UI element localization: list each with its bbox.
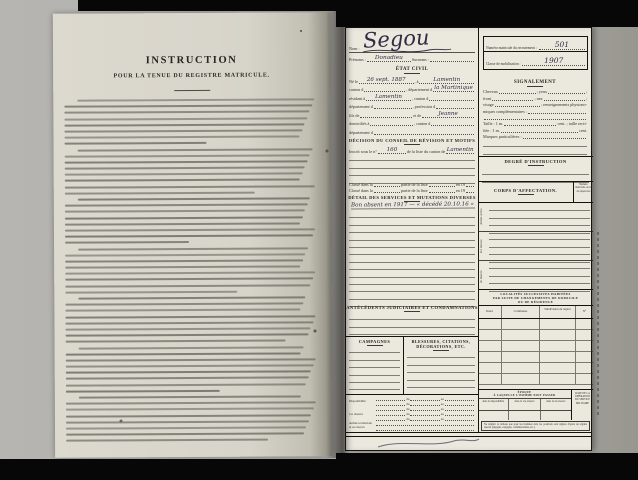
sig-line: front; nez;	[483, 94, 587, 100]
du-au-line: duau	[375, 411, 475, 416]
profession-label: , profession d	[413, 104, 436, 109]
epoque-note: Ne remplir ce tableau que pour les homme…	[481, 421, 590, 431]
ruled-blank-line	[489, 211, 590, 218]
ruled-blank-line	[489, 262, 590, 269]
campagnes-title: CAMPAGNES	[349, 339, 400, 346]
instruction-body-text	[64, 98, 319, 445]
fils-de-label: fils de	[349, 113, 359, 118]
ruled-blank-line	[349, 346, 400, 353]
instruction-text-line	[66, 371, 311, 374]
instruction-text-line	[65, 191, 255, 194]
partie-lines: Classé dans la partie de la liste en 19 …	[349, 181, 475, 193]
instruction-text-line	[64, 117, 307, 120]
instruction-text-line	[65, 160, 308, 163]
ruled-blank-line	[349, 241, 475, 248]
antecedents-blank-lines	[349, 313, 475, 335]
instruction-text-line	[65, 204, 308, 207]
instruction-text-line	[78, 346, 303, 349]
ne-le-label: Né le	[349, 79, 358, 84]
field-line: résidant à Lamentin , canton d	[349, 92, 475, 101]
ruled-blank-line	[349, 320, 475, 327]
sig-line: Cheveux; yeux;	[483, 88, 587, 94]
instruction-text-line	[66, 377, 309, 380]
instruction-text-line	[65, 291, 237, 294]
instruction-text-line	[78, 395, 301, 398]
corps-row-reserve2: 2e réserve	[478, 261, 593, 292]
instruction-text-line	[66, 358, 316, 361]
instruction-text-line	[65, 173, 303, 176]
etat-civil-fields: Né le 26 sept. 1887 , à Lamentin canton …	[349, 75, 475, 135]
ruled-blank-line	[489, 233, 590, 240]
matricule-box: Numéro matricule du recrutement : 501 Cl…	[483, 36, 588, 70]
empty-table-row	[478, 352, 593, 363]
ruled-blank-line	[483, 147, 587, 154]
corps-row-lines	[486, 261, 593, 292]
corps-side-note: Numéro matricule ou n° du répertoire	[573, 182, 593, 202]
territoriale-label: Armée territoriale et sa réserve	[349, 422, 375, 430]
instruction-text-line	[65, 142, 207, 145]
ruled-blank-line	[349, 292, 475, 299]
sig-line: Marques particulières :	[483, 133, 587, 139]
instruction-text-line	[66, 420, 309, 423]
instruction-text-line	[65, 284, 310, 287]
classe-dans-label: Classé dans la	[349, 188, 373, 193]
matricule-row: Numéro matricule du recrutement : 501	[484, 37, 587, 52]
campagnes-blessures-row: CAMPAGNES BLESSURES, CITATIONS, DÉCORATI…	[346, 336, 478, 395]
ruled-blank-line	[407, 381, 475, 388]
ruled-blank-line	[489, 269, 590, 276]
classe-value-handwritten: 1907	[522, 56, 585, 66]
ruled-blank-line	[407, 373, 475, 380]
page-edge-imprint	[597, 232, 599, 417]
field-line: canton d , département d la Martinique	[349, 84, 475, 93]
instruction-text-line	[66, 439, 268, 442]
ruled-blank-line	[489, 219, 590, 226]
degre-title: DEGRÉ D'INSTRUCTION	[478, 159, 593, 166]
ruled-blank-line	[349, 226, 475, 233]
blessures-title: BLESSURES, CITATIONS, DÉCORATIONS, ETC.	[407, 339, 475, 351]
ruled-blank-line	[483, 140, 587, 147]
partie-line: Classé dans la partie de la liste en 19	[349, 181, 475, 187]
instruction-title: INSTRUCTION	[53, 54, 330, 66]
instruction-text-line	[65, 210, 305, 213]
field-line: fils de et de Jeanne	[349, 109, 475, 118]
inscrit-line: Inscrit sous le n° 160 de la liste du ca…	[349, 145, 475, 154]
instruction-text-line	[65, 166, 305, 169]
ruled-blank-line	[349, 376, 400, 383]
instruction-text-line	[79, 445, 317, 446]
profession-blank	[436, 108, 474, 109]
en-19-label: en 19	[456, 188, 465, 193]
instruction-text-line	[65, 241, 189, 244]
du-au-line: duau	[375, 396, 475, 401]
instruction-text-line	[66, 334, 309, 337]
blessures-box: BLESSURES, CITATIONS, DÉCORATIONS, ETC.	[404, 337, 478, 395]
instruction-text-line	[64, 136, 299, 139]
empty-table-row	[478, 363, 593, 374]
liste-blank	[429, 192, 455, 193]
instruction-text-line	[65, 321, 313, 324]
departement2-label: département d	[349, 104, 373, 109]
surnoms-blank	[430, 61, 474, 62]
canton3-blank	[431, 125, 474, 126]
instruction-text-line	[66, 352, 301, 355]
ruled-blank-line	[349, 248, 475, 255]
ruled-blank-line	[349, 383, 400, 390]
epoque-col2: dans la 1re réserve	[509, 399, 540, 410]
instruction-text-line	[77, 148, 312, 151]
instruction-text-line	[77, 98, 315, 101]
instruction-text-line	[66, 408, 314, 411]
blank-line	[375, 421, 475, 426]
ruled-blank-line	[407, 351, 475, 358]
epoque-empty-row	[478, 411, 571, 420]
passage-table: Disponibilité duau duau 1re réserve duau…	[346, 394, 478, 432]
corps-title: CORPS D'AFFECTATION.	[478, 182, 573, 202]
signalement-fields: Cheveux; yeux; front; nez; visage; rense…	[483, 88, 587, 139]
instruction-text-line	[66, 426, 306, 429]
canton3-label: , canton d	[414, 121, 430, 126]
ruled-blank-line	[349, 255, 475, 262]
corps-row-reserve1: 1re réserve	[478, 232, 593, 261]
instruction-text-line	[65, 327, 310, 330]
canton2-blank	[429, 100, 474, 101]
instruction-text-line	[65, 309, 300, 312]
corps-row-lines	[486, 203, 593, 231]
ruled-blank-line	[349, 154, 475, 161]
col-subdivision: Subdivision de région	[540, 306, 576, 318]
blessures-blank-lines	[407, 351, 475, 388]
instruction-text-line	[66, 414, 311, 417]
ruled-blank-line	[349, 368, 400, 375]
annee-blank	[466, 192, 474, 193]
corps-row-label: Armée active	[478, 203, 486, 231]
annee-blank	[466, 186, 474, 187]
ruled-blank-line	[349, 218, 475, 225]
matricule-value-handwritten: 501	[539, 40, 585, 50]
field-line: domiciliés à , canton d	[349, 118, 475, 127]
instruction-text-line	[66, 390, 220, 393]
classe-row: Classe de mobilisation : 1907	[484, 52, 587, 67]
ruled-blank-line	[349, 270, 475, 277]
father-blank	[360, 117, 412, 118]
corps-row-label: 1re réserve	[478, 232, 486, 260]
corps-row-armee-active: Armée active	[478, 203, 593, 232]
ruled-blank-line	[349, 211, 475, 218]
decision-blank-lines	[349, 154, 475, 184]
campagnes-box: CAMPAGNES	[346, 337, 404, 395]
nom-label: Nom :	[349, 46, 360, 51]
ruled-blank-line	[349, 313, 475, 320]
partie-blank	[374, 186, 400, 187]
empty-table-row	[478, 330, 593, 341]
sig-line: visage; renseignements physiono-	[483, 101, 587, 107]
instruction-text-line	[65, 216, 303, 219]
localites-colheader: Dates Communes Subdivision de région N°	[478, 305, 593, 319]
localites-table: LOCALITÉS SUCCESSIVES HABITÉES PAR SUITE…	[478, 290, 593, 390]
instruction-text-line	[65, 154, 310, 157]
en-19-label: en 19	[456, 182, 465, 187]
departement2-blank	[374, 108, 412, 109]
partie-line: Classé dans la partie de la liste en 19	[349, 187, 475, 193]
partie-blank	[374, 192, 400, 193]
departement-label: , département d	[406, 87, 432, 92]
instruction-text-line	[78, 247, 308, 250]
classe-label: Classe de mobilisation :	[486, 62, 520, 66]
et-de-label: et de	[413, 113, 421, 118]
ruled-blank-line	[349, 361, 400, 368]
partie-liste-label: partie de la liste	[401, 182, 428, 187]
residence-handwritten: Lamentin	[366, 94, 411, 101]
matricule-label: Numéro matricule du recrutement :	[486, 46, 537, 50]
domicilies-label: domiciliés à	[349, 121, 369, 126]
a-label: , à	[415, 79, 419, 84]
sig-line: fiée : 1 m.cent.	[483, 126, 587, 132]
instruction-text-line	[64, 129, 302, 132]
instruction-text-line	[65, 234, 313, 237]
departement-handwritten: la Martinique	[433, 85, 474, 92]
instruction-text-line	[66, 383, 306, 386]
epoque-table: ÉPOQUE À LAQUELLE L'HOMME DOIT PASSER da…	[478, 390, 593, 420]
ruled-blank-line	[349, 263, 475, 270]
sig-line: Taille : 1 m.cent. ; taille recti-	[483, 120, 587, 126]
epoque-date-liberation: DATE DE LA LIBÉRATION DU SERVICE MILITAI…	[571, 390, 593, 420]
services-blank-lines	[349, 211, 475, 307]
domicile-blank	[370, 125, 413, 126]
title-divider	[174, 90, 210, 91]
ruled-blank-line	[349, 233, 475, 240]
liste-canton-handwritten: Lamentin	[446, 147, 474, 154]
sig-line	[483, 114, 587, 120]
empty-table-row	[478, 374, 593, 385]
signalement-blank-lines	[483, 140, 587, 155]
prenoms-label: Prénoms :	[349, 57, 366, 62]
signalement-title: SIGNALEMENT	[479, 80, 591, 87]
instruction-text-line	[66, 433, 304, 436]
ruled-blank-line	[349, 328, 475, 335]
ruled-blank-line	[349, 285, 475, 292]
prenoms-value-handwritten: Donadieu	[367, 55, 411, 62]
sig-line: miques complémentaires :	[483, 107, 587, 113]
instruction-text-line	[66, 364, 314, 367]
epoque-title: ÉPOQUE À LAQUELLE L'HOMME DOIT PASSER	[478, 390, 571, 398]
instruction-text-line	[65, 222, 300, 225]
liste-blank	[429, 186, 455, 187]
matricule-form-page: Nom : Segou Prénoms : Donadieu Surnoms :…	[345, 27, 592, 451]
canton-blank	[364, 91, 405, 92]
liste-label: de la liste du canton de	[407, 149, 446, 154]
scan-bar-bottom-right	[336, 453, 638, 480]
inscrit-numero-handwritten: 160	[378, 147, 406, 154]
field-line: département d	[349, 126, 475, 135]
instruction-text-line	[65, 185, 315, 188]
etat-civil-title: ÉTAT CIVIL	[346, 67, 478, 74]
passage-row-territoriale: Armée territoriale et sa réserve	[349, 421, 475, 431]
instruction-text-line	[65, 265, 300, 268]
decision-title: DÉCISION DU CONSEIL DE RÉVISION ET MOTIF…	[346, 138, 478, 145]
scan-specks	[300, 30, 302, 32]
classe-dans-label: Classé dans la	[349, 182, 373, 187]
instruction-text-line	[66, 402, 316, 405]
instruction-text-line	[66, 340, 286, 343]
margin-flourish-handwriting	[376, 436, 481, 450]
degre-blank-lines	[482, 168, 589, 183]
residant-label: résidant à	[349, 96, 365, 101]
ruled-blank-line	[349, 161, 475, 168]
empty-table-row	[478, 341, 593, 352]
instruction-text-line	[64, 123, 304, 126]
antecedents-title: ANTÉCÉDENTS JUDICIAIRES ET CONDAMNATIONS	[346, 305, 478, 312]
localites-empty-rows	[478, 319, 593, 385]
corps-header: CORPS D'AFFECTATION. Numéro matricule ou…	[478, 182, 593, 203]
col-communes: Communes	[502, 306, 540, 318]
corps-row-label: 2e réserve	[478, 261, 486, 292]
blank-line	[375, 426, 475, 431]
canton-label: canton d	[349, 87, 363, 92]
degre-instruction-box: DEGRÉ D'INSTRUCTION	[478, 156, 593, 182]
corps-affectation-table: CORPS D'AFFECTATION. Numéro matricule ou…	[478, 182, 593, 290]
passage-row-disponibilite: Disponibilité duau duau	[349, 396, 475, 406]
instruction-text-line	[64, 105, 312, 108]
corps-row-lines	[486, 232, 593, 260]
instruction-text-line	[65, 228, 315, 231]
instruction-text-line	[65, 179, 300, 182]
field-line: département d , profession d	[349, 101, 475, 110]
birth-date-handwritten: 26 sept. 1887	[359, 77, 414, 84]
prenoms-line: Prénoms : Donadieu Surnoms :	[349, 53, 475, 62]
inscrit-label: Inscrit sous le n°	[349, 149, 377, 154]
empty-table-row	[478, 319, 593, 330]
reserve-label: 1re réserve	[349, 412, 375, 416]
ruled-blank-line	[349, 353, 400, 360]
instruction-page: INSTRUCTION POUR LA TENUE DU REGISTRE MA…	[53, 12, 332, 457]
col-dates: Dates	[478, 306, 502, 318]
instruction-subtitle: POUR LA TENUE DU REGISTRE MATRICULE.	[53, 72, 330, 79]
ruled-blank-line	[482, 168, 589, 175]
col-numero: N°	[576, 306, 593, 318]
birth-place-handwritten: Lamentin	[419, 77, 474, 84]
epoque-col3: dans la 2e réserve	[541, 399, 571, 410]
surnoms-label: Surnoms :	[412, 57, 429, 62]
campagnes-blank-lines	[349, 346, 400, 390]
disponibilite-label: Disponibilité	[349, 399, 375, 403]
ruled-blank-line	[489, 204, 590, 211]
canton2-label: , canton d	[412, 96, 428, 101]
scanned-register-page: INSTRUCTION POUR LA TENUE DU REGISTRE MA…	[0, 0, 638, 480]
services-entry-handwritten: Bon absent en 1917 — « décédé 20.10.16 »	[351, 201, 475, 209]
field-line: Né le 26 sept. 1887 , à Lamentin	[349, 75, 475, 84]
instruction-text-line	[65, 303, 303, 306]
epoque-col1: dans la disponibilité	[478, 399, 509, 410]
instruction-text-line	[77, 197, 310, 200]
ruled-blank-line	[489, 277, 590, 284]
ruled-blank-line	[407, 358, 475, 365]
ruled-blank-line	[349, 169, 475, 176]
passage-row-reserve: 1re réserve duau duau duau	[349, 406, 475, 421]
partie-liste-label: partie de la liste	[401, 188, 428, 193]
instruction-text-line	[78, 296, 306, 299]
scan-bar-top-right	[336, 0, 638, 27]
ruled-blank-line	[407, 366, 475, 373]
ruled-blank-line	[489, 248, 590, 255]
departement3-label: département d	[349, 130, 373, 135]
instruction-text-line	[65, 259, 303, 262]
instruction-text-line	[64, 111, 309, 114]
mother-handwritten: Jeanne	[422, 111, 474, 118]
ruled-blank-line	[349, 278, 475, 285]
name-block: Nom : Segou	[349, 30, 475, 53]
du-au-line: duau	[375, 406, 475, 411]
instruction-text-line	[65, 315, 315, 318]
ruled-blank-line	[489, 240, 590, 247]
localites-title: LOCALITÉS SUCCESSIVES HABITÉES PAR SUITE…	[478, 290, 593, 304]
epoque-colheader: dans la disponibilité dans la 1re réserv…	[478, 398, 571, 411]
instruction-text-line	[65, 278, 313, 281]
departement3-blank	[374, 134, 474, 135]
instruction-text-line	[65, 272, 315, 275]
instruction-text-line	[65, 253, 305, 256]
